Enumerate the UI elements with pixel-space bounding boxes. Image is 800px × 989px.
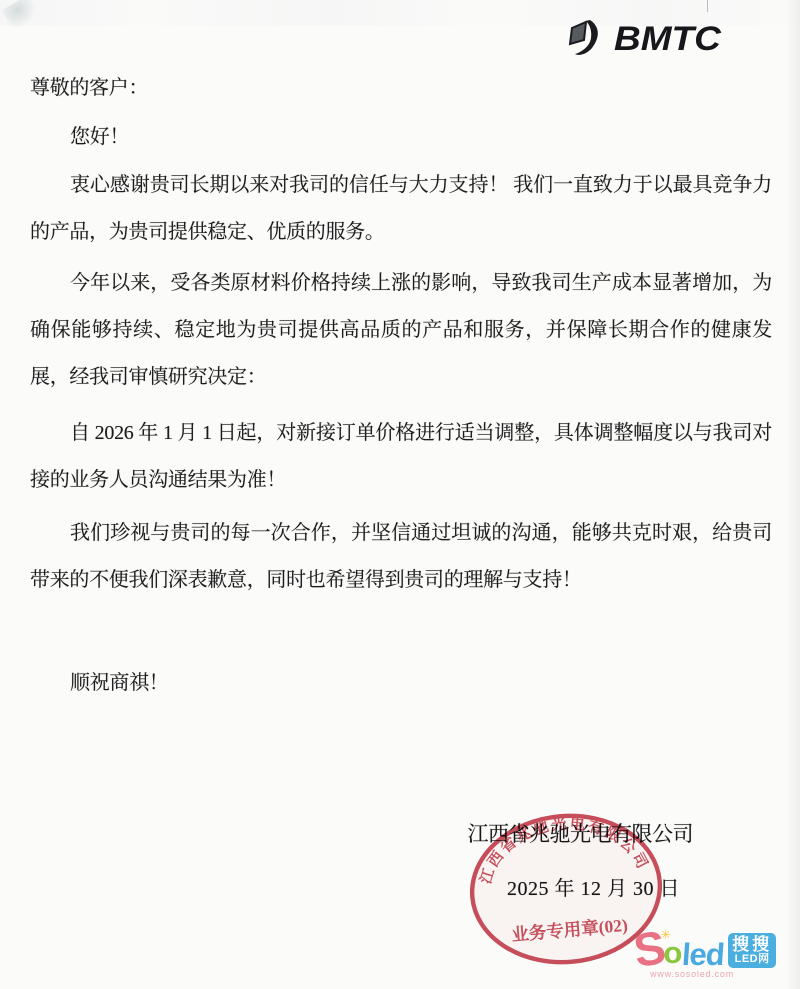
soled-bulb-o: ✳ o <box>663 940 682 968</box>
bmtc-logo-icon <box>566 14 612 63</box>
sun-rays-icon: ✳ <box>660 927 671 943</box>
soled-logotype: S ✳ o led 搜搜 LED网 <box>634 930 792 968</box>
sosoled-badge: 搜搜 LED网 <box>728 933 776 968</box>
sosoled-watermark: S ✳ o led 搜搜 LED网 www.sosoled.com <box>634 930 792 979</box>
soled-letters-led: led <box>681 942 725 968</box>
scan-edge-shadow <box>786 0 800 989</box>
bmtc-logo: BMTC <box>566 14 721 63</box>
letter-closing: 顺祝商祺！ <box>30 660 772 707</box>
bmtc-wordmark: BMTC <box>614 21 721 55</box>
signature-company-name: 江西省兆驰光电有限公司 <box>468 818 694 848</box>
scan-tick-mark <box>707 0 708 12</box>
letter-paragraph-1: 衷心感谢贵司长期以来对我司的信任与大力支持！ 我们一直致力于以最具竞争力的产品，… <box>30 162 772 256</box>
letter-salutation: 尊敬的客户： <box>30 65 772 112</box>
badge-lednet-text: LED网 <box>735 953 770 966</box>
letter-paragraph-3: 自 2026 年 1 月 1 日起，对新接订单价格进行适当调整，具体调整幅度以与… <box>30 410 772 504</box>
letter-paragraph-2: 今年以来，受各类原材料价格持续上涨的影响，导致我司生产成本显著增加，为确保能够持… <box>30 260 772 401</box>
scanned-letter-page: { "logo": { "wordmark": "BMTC" }, "lette… <box>0 0 800 989</box>
letter-paragraph-4: 我们珍视与贵司的每一次合作，并坚信通过坦诚的沟通，能够共克时艰，给贵司带来的不便… <box>30 510 772 604</box>
badge-soso-text: 搜搜 <box>732 936 772 953</box>
seal-bottom-text: 业务专用章(02) <box>511 915 629 945</box>
letter-greeting: 您好！ <box>30 114 772 161</box>
signature-date: 2025 年 12 月 30 日 <box>507 872 680 901</box>
